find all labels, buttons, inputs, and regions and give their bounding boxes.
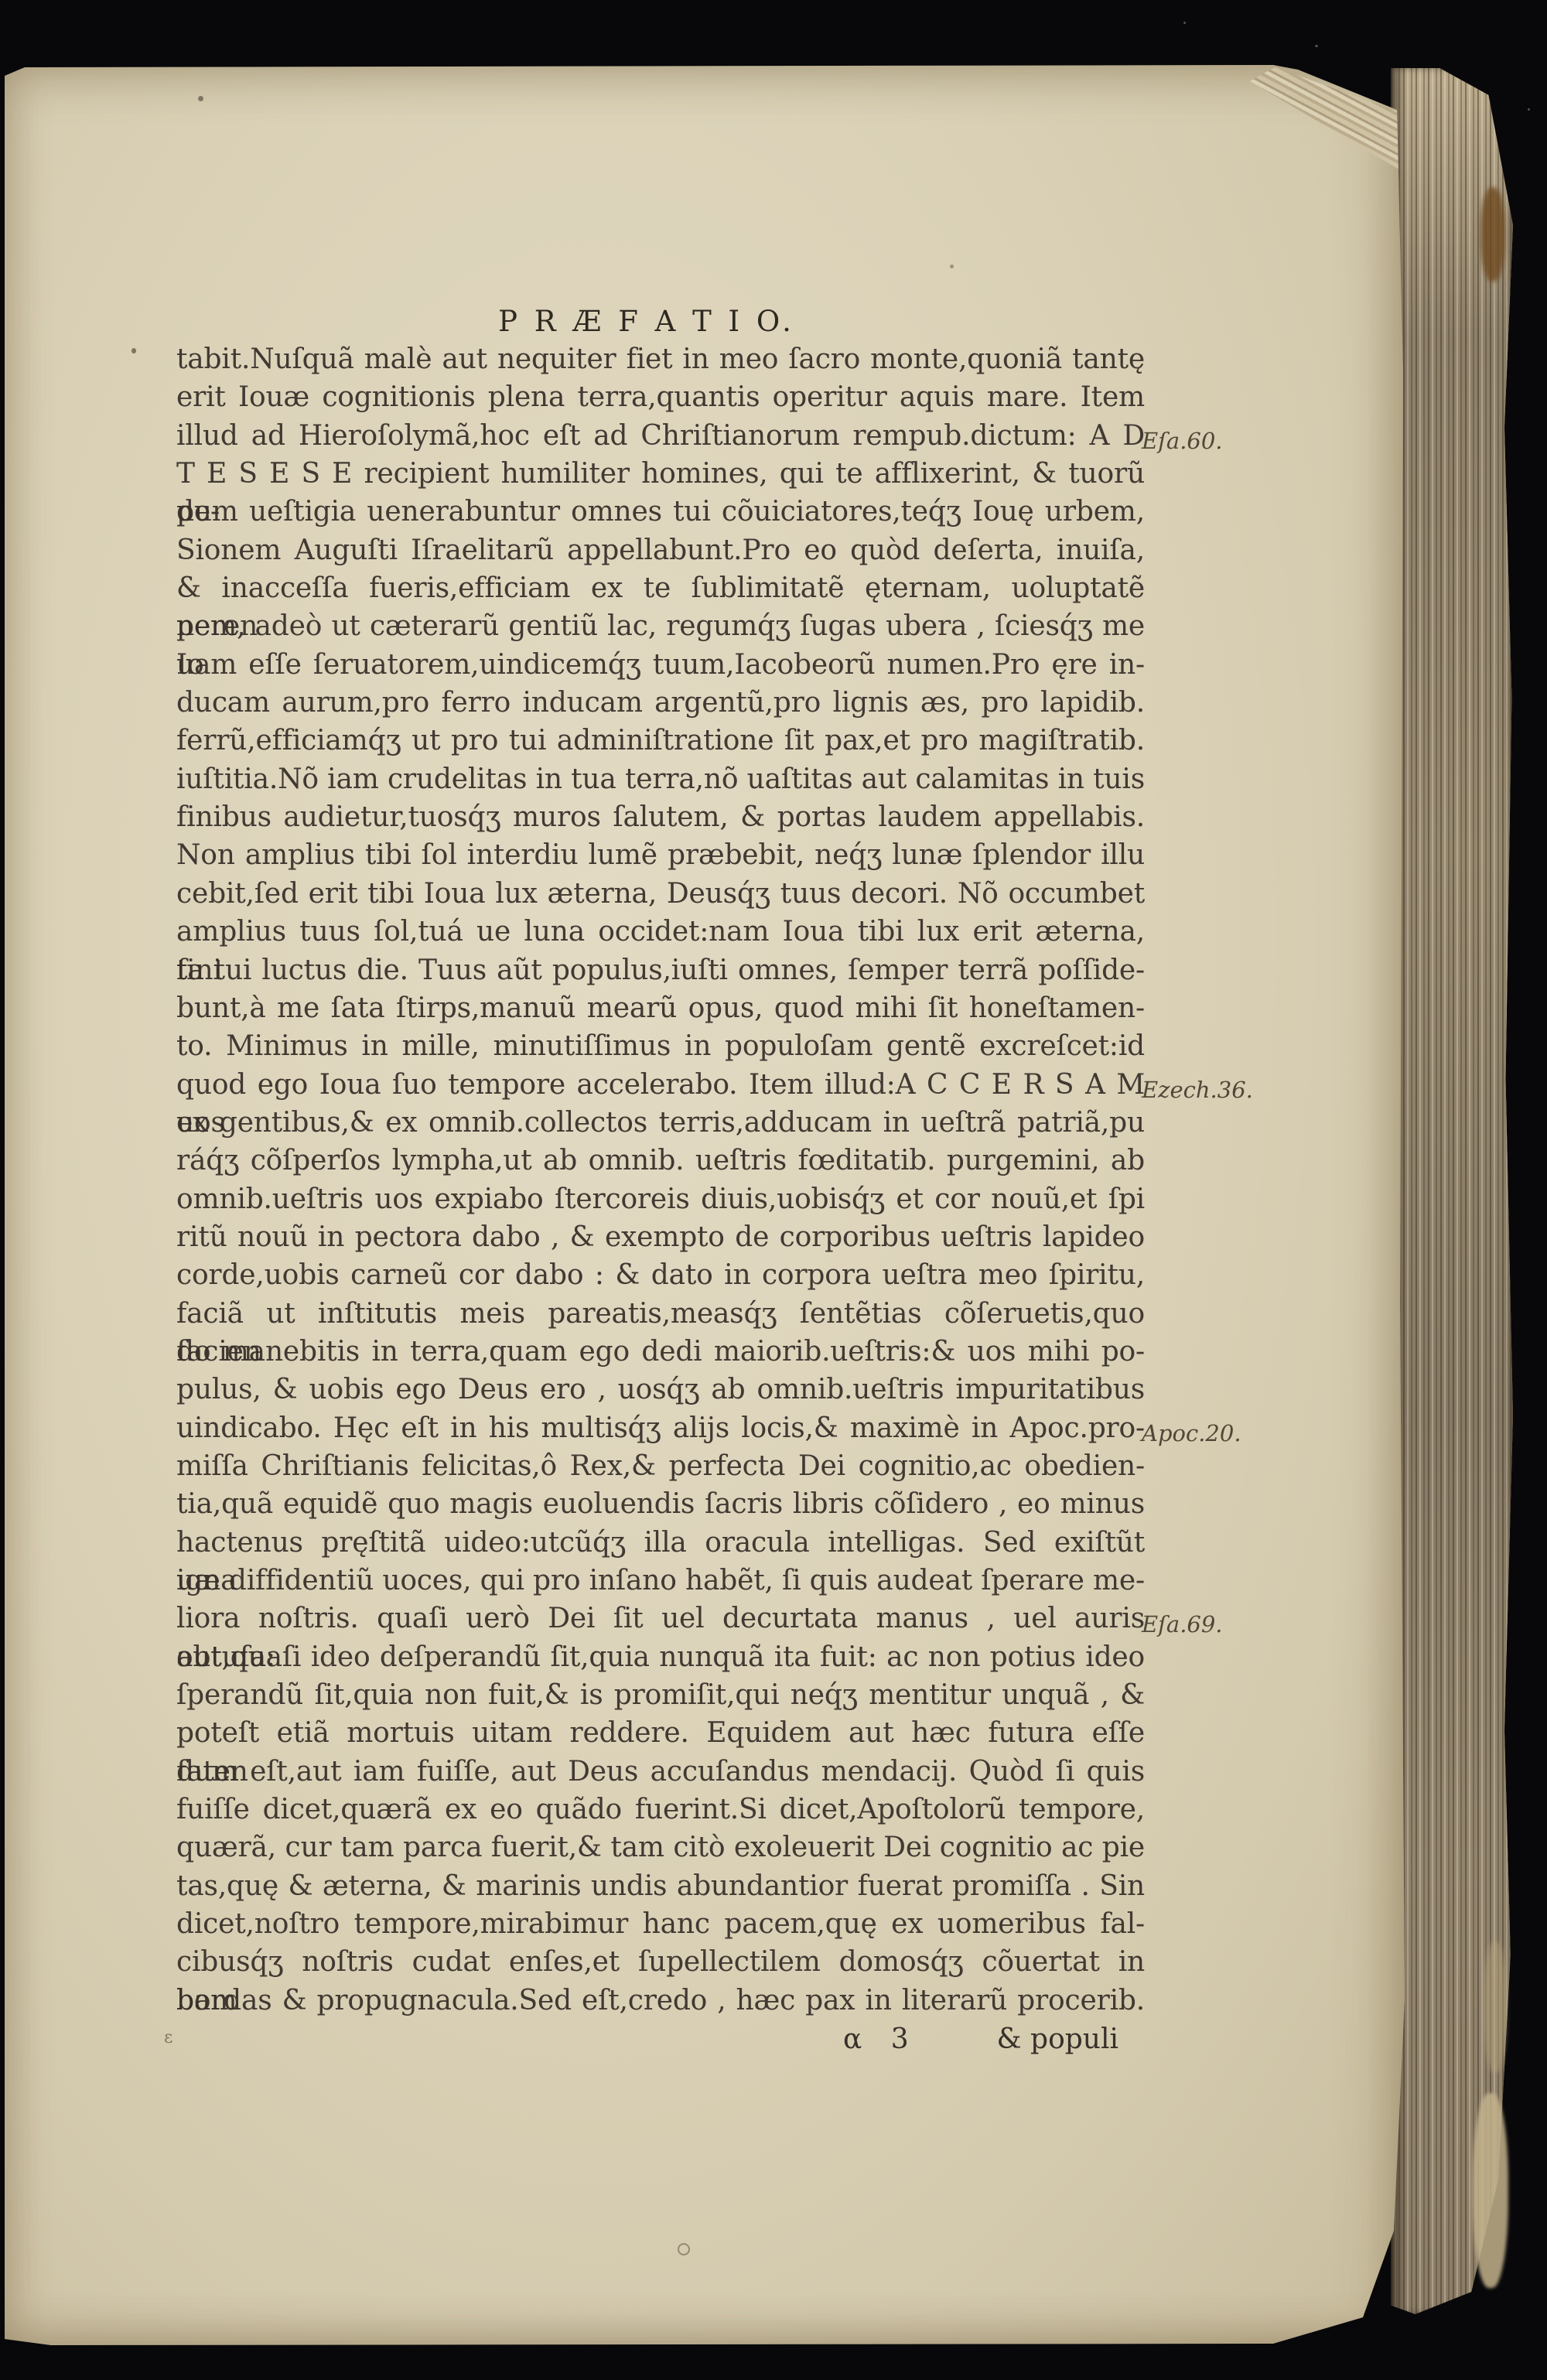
text-line: uam eſſe ſeruatorem,uindicemq́ʒ tuum,Iac… — [176, 646, 1145, 684]
text-line: iuſtitia.Nõ iam crudelitas in tua terra,… — [176, 760, 1145, 798]
text-line: quærã, cur tam parca fuerit,& tam citò e… — [176, 1829, 1145, 1866]
text-line: uindicabo. Hęc eſt in his multisq́ʒ alij… — [176, 1409, 1145, 1447]
text-line: tia,quã equidẽ quo magis euoluendis ſacr… — [176, 1485, 1145, 1523]
text-line: bunt,à me ſata ſtirps,manuũ mearũ opus, … — [176, 989, 1145, 1027]
dust-speck — [1183, 22, 1186, 24]
paper-speck — [950, 265, 954, 268]
signature-mark: α 3 — [843, 2023, 909, 2055]
dust-speck — [1315, 45, 1318, 47]
text-line: pulus, & uobis ego Deus ero , uosq́ʒ ab … — [176, 1371, 1145, 1409]
text-line: ritũ nouũ in pectora dabo , & exempto de… — [176, 1218, 1145, 1256]
fore-edge-stain — [1473, 2093, 1508, 2288]
text-line: fuiſſe dicet,quærã ex eo quãdo fuerint.S… — [176, 1791, 1145, 1829]
text-line: hactenus pręſtitã uideo:utcũq́ʒ illa ora… — [176, 1524, 1145, 1562]
paper-speck — [131, 348, 136, 353]
catchword: & populi — [997, 2023, 1118, 2055]
page-heading: P R Æ F A T I O. — [159, 305, 1134, 338]
text-line: cibusq́ʒ noſtris cudat enſes,et ſupellec… — [176, 1943, 1145, 1981]
margin-note: Ezech.36. — [1142, 1077, 1253, 1103]
margin-note: Apoc.20. — [1142, 1420, 1241, 1446]
text-line: faciã ut inſtitutis meis pareatis,measq́… — [176, 1295, 1145, 1333]
stray-ink-mark: ε — [164, 2028, 172, 2047]
paper-ring-mark — [678, 2243, 690, 2255]
text-line: ráq́ʒ cõſperſos lympha,ut ab omnib. ueſt… — [176, 1142, 1145, 1180]
text-line: liora noſtris. quaſi uerò Dei ſit uel de… — [176, 1600, 1145, 1637]
text-line: ſperandũ ſit,quia non fuit,& is promiſit… — [176, 1676, 1145, 1714]
fore-edge-stain — [1484, 1941, 1507, 2073]
text-line: corde,uobis carneũ cor dabo : & dato in … — [176, 1256, 1145, 1294]
text-line: do manebitis in terra,quam ego dedi maio… — [176, 1333, 1145, 1371]
text-line: bardas & propugnacula.Sed eſt,credo , hæ… — [176, 1982, 1145, 2020]
photographed-book: P R Æ F A T I O. tabit.Nuſquã malè aut n… — [0, 0, 1547, 2380]
text-line: dicet,noſtro tempore,mirabimur hanc pace… — [176, 1905, 1145, 1943]
margin-note: Eſa.60. — [1142, 428, 1223, 454]
text-line: ducam aurum,pro ferro inducam argentũ,pr… — [176, 684, 1145, 722]
text-line: nem, adeò ut cæterarũ gentiũ lac, regumq… — [176, 607, 1145, 645]
text-line: omnib.ueſtris uos expiabo ſtercoreis diu… — [176, 1180, 1145, 1218]
text-line: Non amplius tibi ſol interdiu lumẽ præbe… — [176, 836, 1145, 874]
text-block: tabit.Nuſquã malè aut nequiter fiet in m… — [176, 340, 1145, 2020]
text-line: quod ego Ioua ſuo tempore accelerabo. It… — [176, 1066, 1145, 1104]
text-line: to. Minimus in mille, minutiſſimus in po… — [176, 1027, 1145, 1065]
text-line: ferrũ,efficiamq́ʒ ut pro tui adminiſtrat… — [176, 722, 1145, 760]
text-line: & inacceſſa fueris,efficiam ex te ſublim… — [176, 569, 1145, 607]
book-page: P R Æ F A T I O. tabit.Nuſquã malè aut n… — [5, 65, 1405, 2345]
dust-speck — [1528, 108, 1530, 111]
text-line: erit Iouæ cognitionis plena terra,quanti… — [176, 378, 1145, 416]
text-line: finibus audietur,tuosq́ʒ muros ſalutem, … — [176, 798, 1145, 836]
text-line: ex gentibus,& ex omnib.collectos terris,… — [176, 1104, 1145, 1142]
text-line: cebit,ſed erit tibi Ioua lux æterna, Deu… — [176, 875, 1145, 913]
text-line: dum ueſtigia uenerabuntur omnes tui cõui… — [176, 493, 1145, 531]
text-line: miſſa Chriſtianis felicitas,ô Rex,& perf… — [176, 1447, 1145, 1485]
text-line: dum eſt,aut iam fuiſſe, aut Deus accuſan… — [176, 1753, 1145, 1791]
text-line: ta tui luctus die. Tuus aũt populus,iuſt… — [176, 951, 1145, 989]
paper-speck — [198, 96, 203, 101]
text-line: aut,quaſi ideo deſperandũ ſit,quia nunqu… — [176, 1638, 1145, 1676]
text-line: tas,quę & æterna, & marinis undis abunda… — [176, 1867, 1145, 1905]
text-line: uæ diffidentiũ uoces, qui pro inſano hab… — [176, 1562, 1145, 1600]
page-corner-curl — [1200, 65, 1409, 181]
text-line: amplius tuus ſol,tuá ue luna occidet:nam… — [176, 913, 1145, 951]
text-line: T E S E S E recipient humiliter homines,… — [176, 455, 1145, 493]
fore-edge-stain — [1480, 187, 1505, 282]
margin-note: Eſa.69. — [1142, 1611, 1223, 1637]
text-line: tabit.Nuſquã malè aut nequiter fiet in m… — [176, 340, 1145, 378]
text-line: poteſt etiã mortuis uitam reddere. Equid… — [176, 1714, 1145, 1752]
text-line: Sionem Auguſti Iſraelitarũ appellabunt.P… — [176, 531, 1145, 569]
signature-row: α 3 & populi — [176, 2023, 1145, 2062]
text-line: illud ad Hieroſolymã,hoc eſt ad Chriſtia… — [176, 417, 1145, 455]
